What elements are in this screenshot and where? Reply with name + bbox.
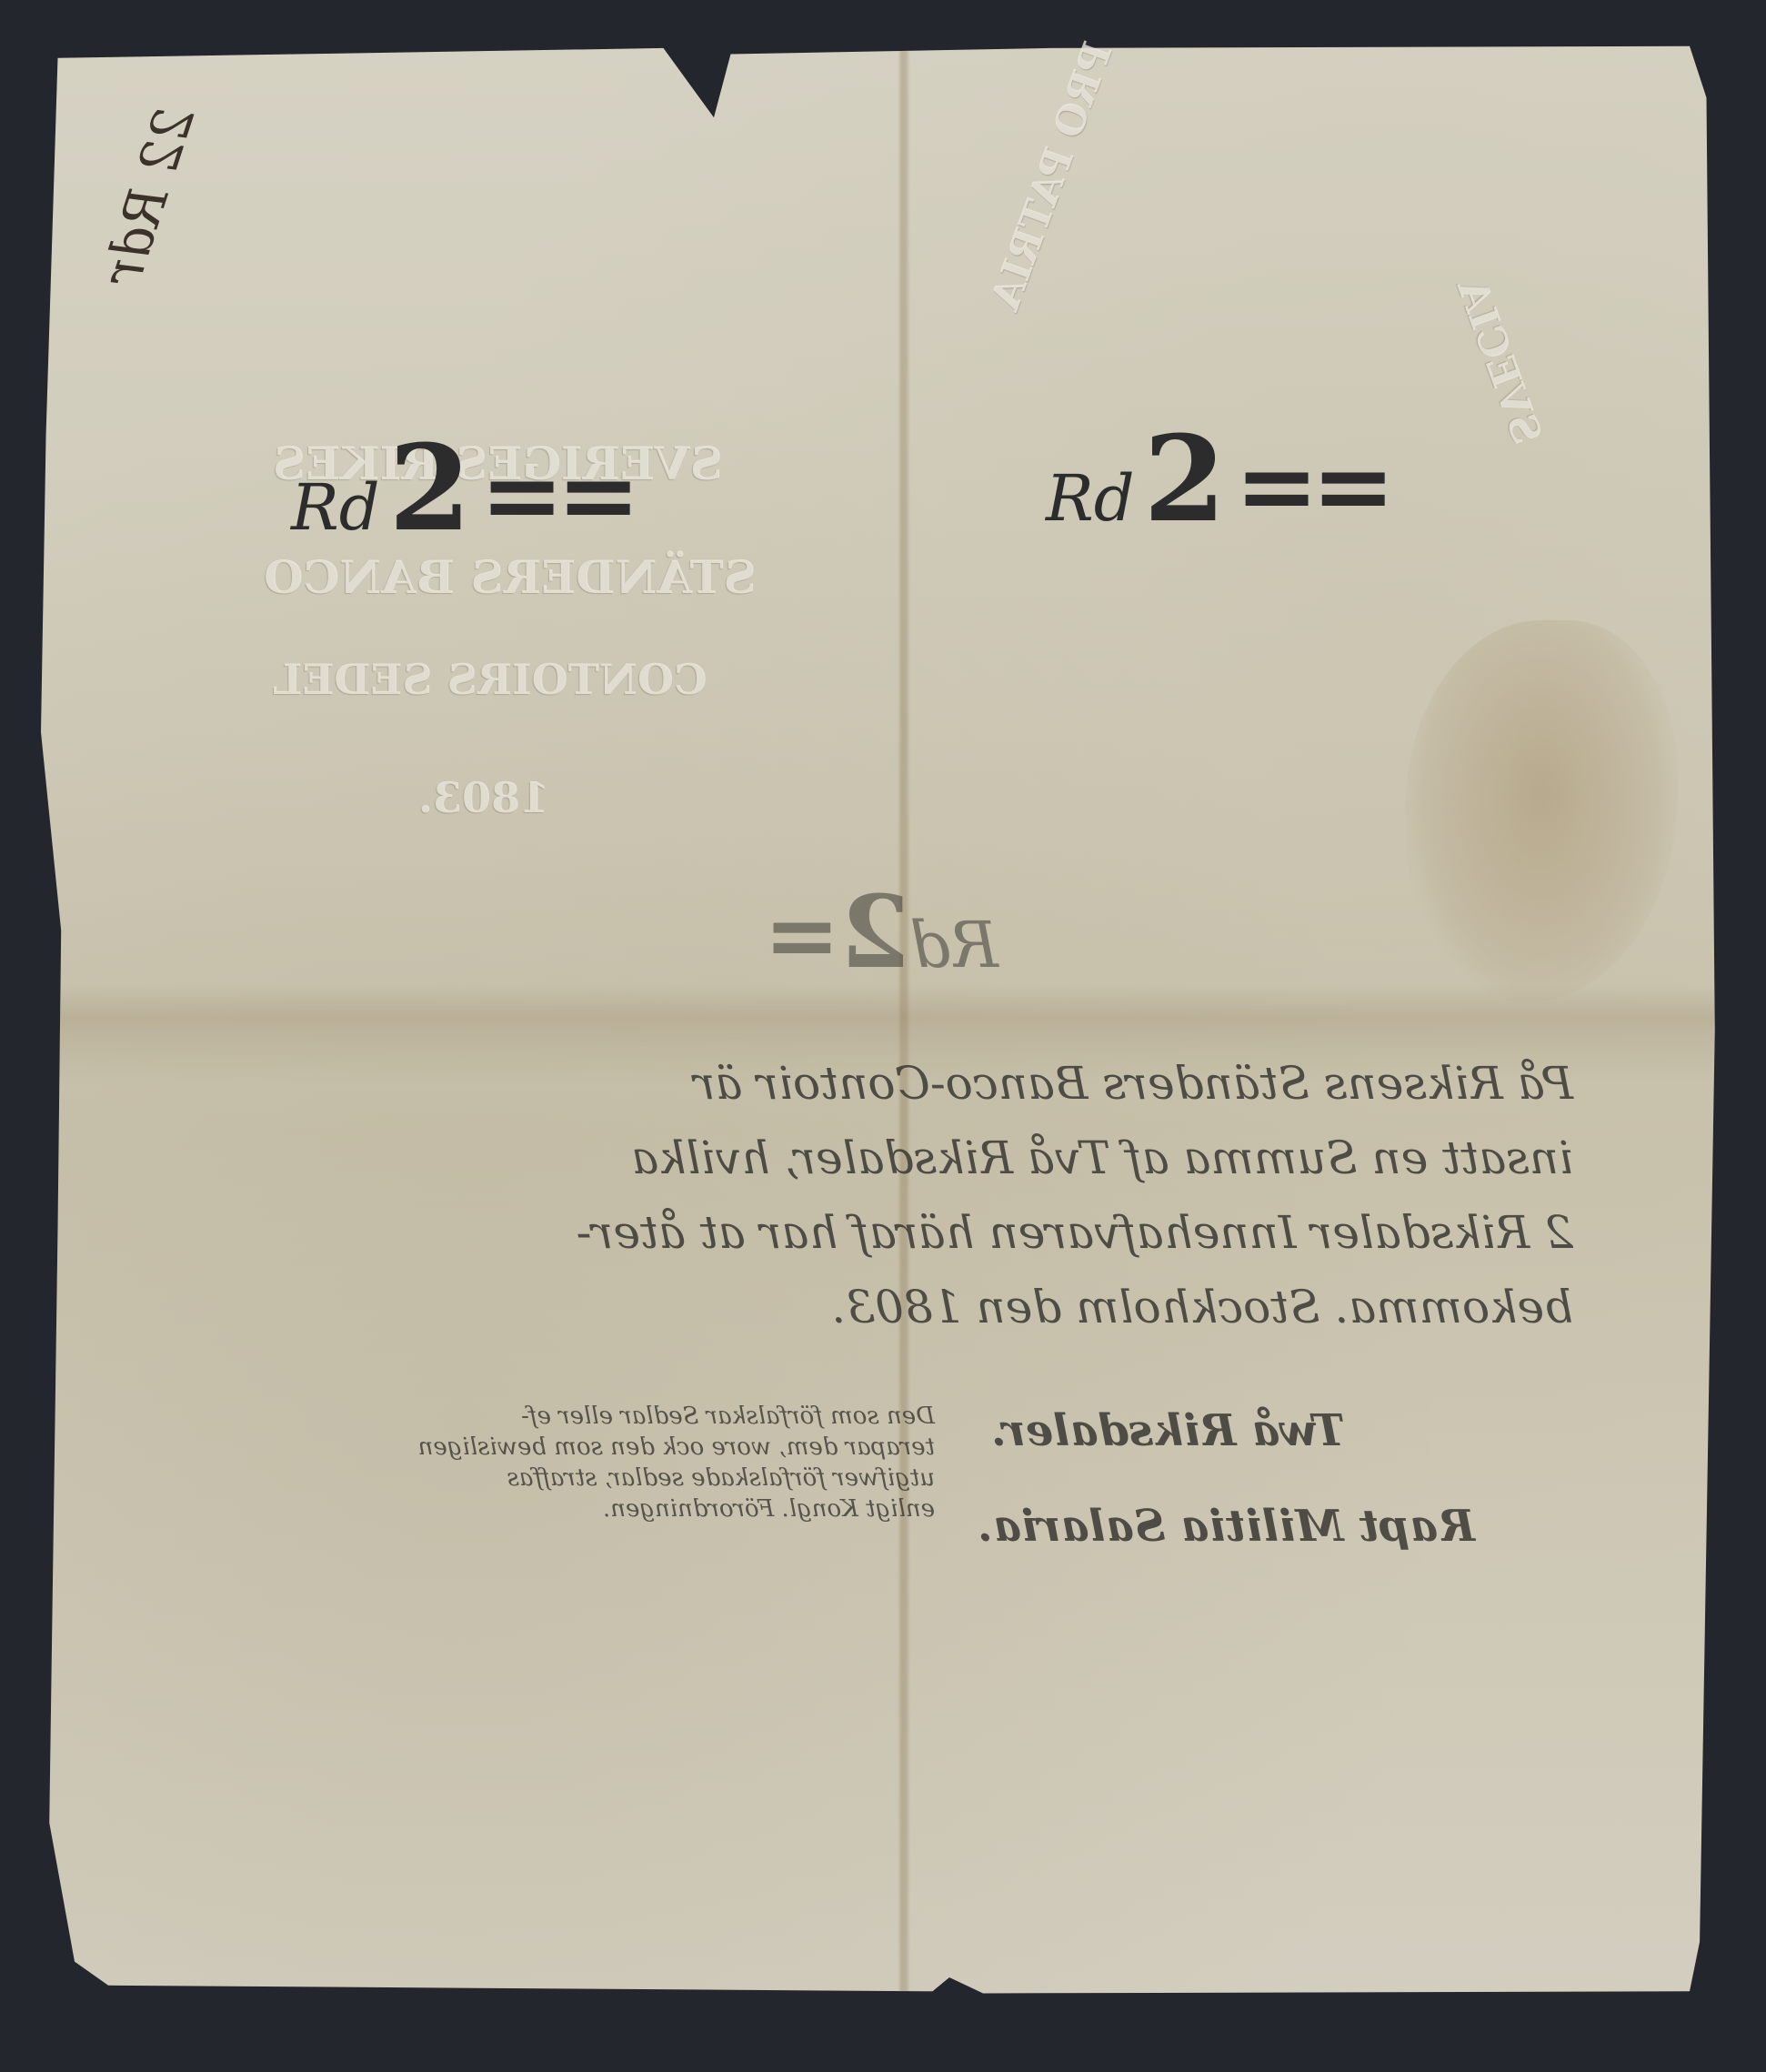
water-stain [1405,620,1678,1002]
body-line: På Riksens Ständers Banco-Contoir är [355,1046,1573,1121]
watermark-year: 1803. [418,773,549,822]
watermark-line-2: STÄNDERS BANCO [264,550,757,604]
fine-print: Den som förfalskar Sedlar eller ef- tera… [316,1401,935,1524]
body-line: 2 Riksdaler Innehafvaren häraf har at åt… [355,1195,1573,1270]
signature-line-2: Rapt Militia Salaria. [978,1501,1475,1552]
denomination-right: Rd2== [1046,409,1388,548]
watermark-line-3: CONTOIRS SEDEL [273,655,707,704]
denomination-center-faded: Rd2= [764,873,998,991]
body-line: insatt en Summa af Två Riksdaler, hvilka [355,1121,1573,1195]
denomination-left: Rd2== [291,418,633,558]
body-text: På Riksens Ständers Banco-Contoir är ins… [355,1046,1573,1344]
body-line: bekomma. Stockholm den 1803. [355,1270,1573,1344]
signature-line-1: Twå Riksdaler. [991,1405,1345,1456]
